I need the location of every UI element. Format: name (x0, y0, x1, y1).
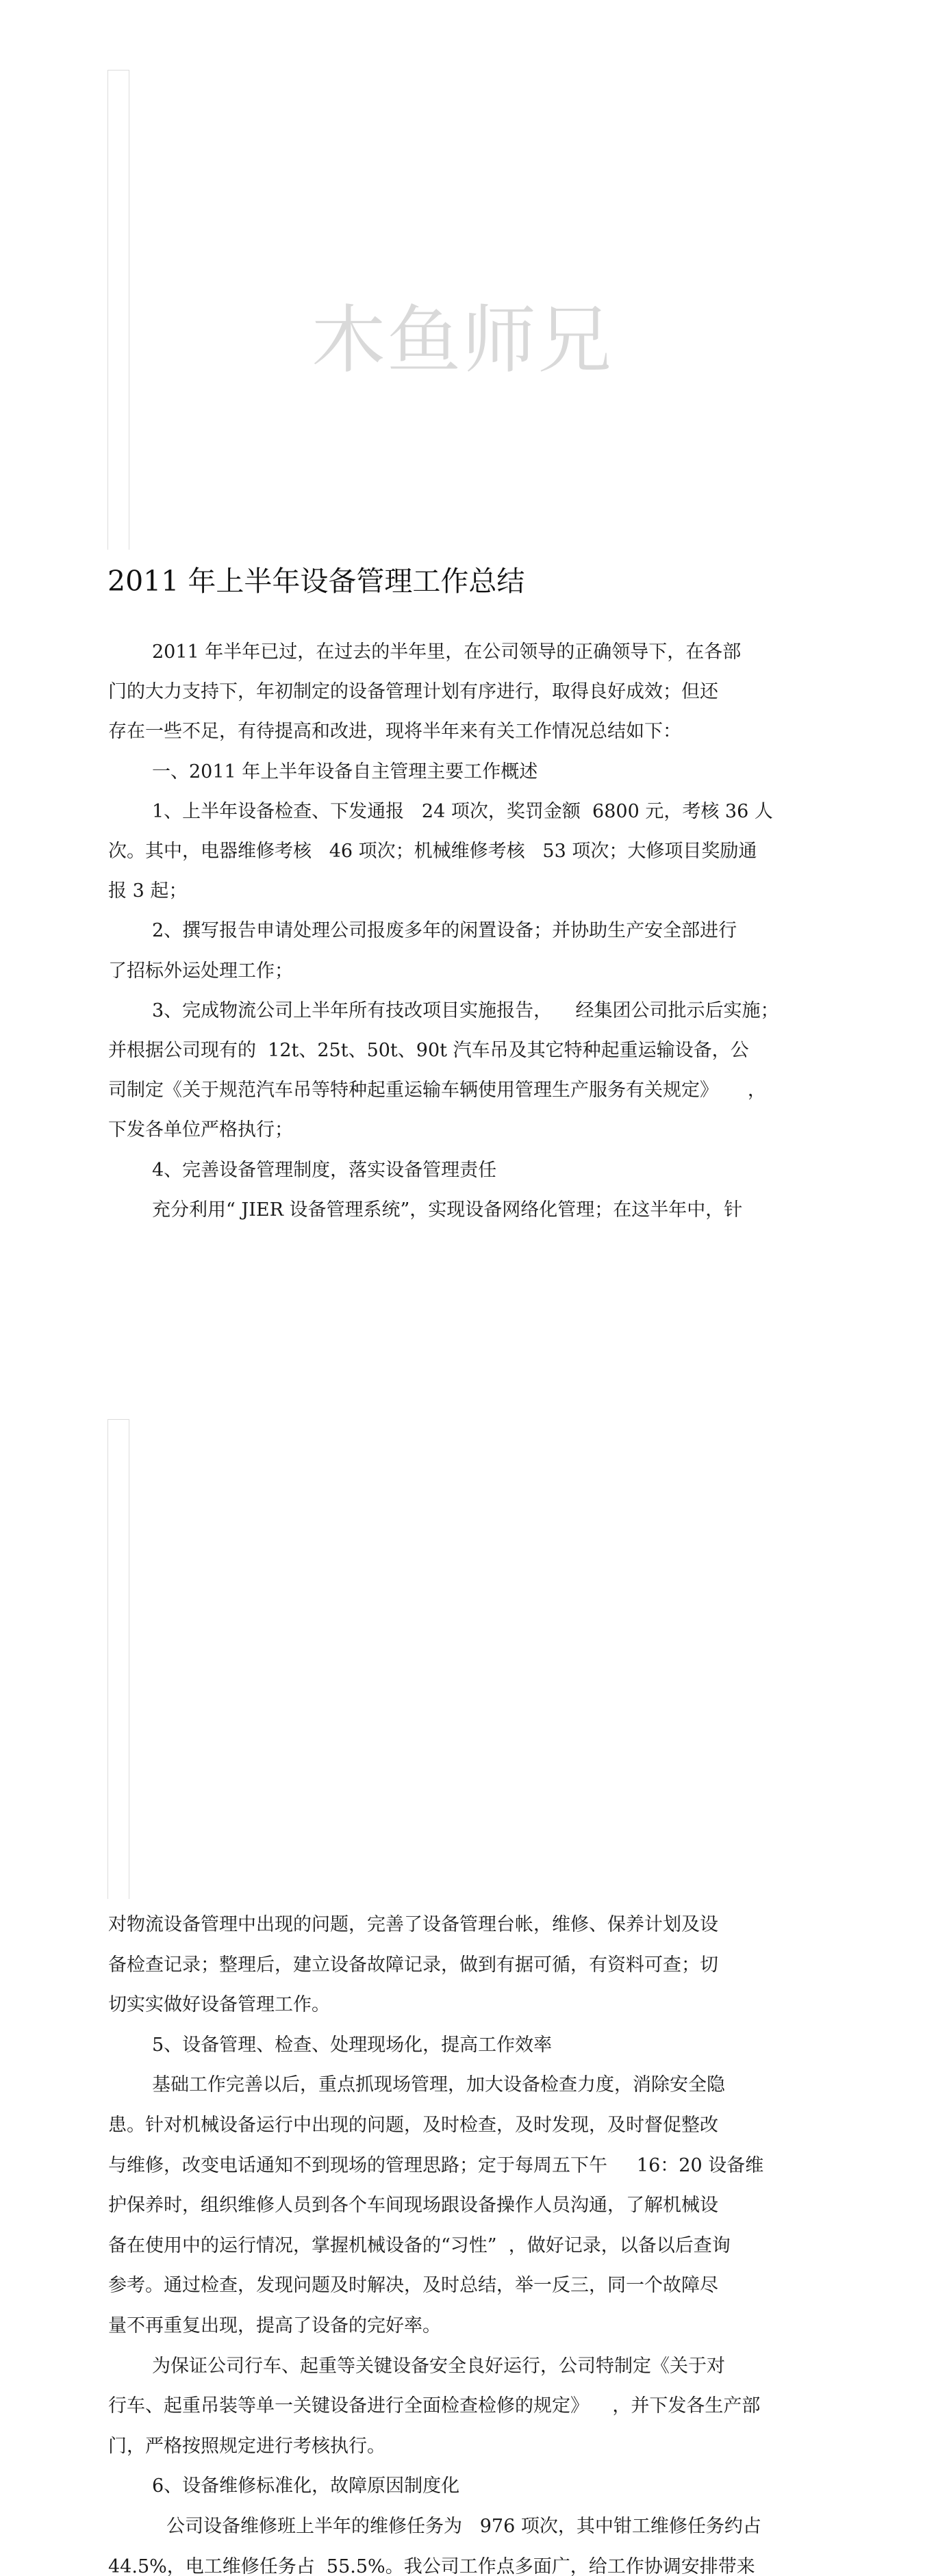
text-line: 5、设备管理、检查、处理现场化，提高工作效率 (152, 2033, 552, 2058)
text-line: 行车、起重吊装等单一关键设备进行全面检查检修的规定》 ，并下发各生产部 (108, 2394, 760, 2419)
text-line: 基础工作完善以后，重点抓现场管理，加大设备检查力度，消除安全隐 (152, 2073, 725, 2097)
text-line: 备在使用中的运行情况，掌握机械设备的“习性” ，做好记录，以备以后查询 (108, 2234, 731, 2258)
document-title: 2011 年上半年设备管理工作总结 (107, 563, 524, 600)
text-line: 对物流设备管理中出现的问题，完善了设备管理台帐，维修、保养计划及设 (108, 1913, 718, 1937)
text-line: 存在一些不足，有待提高和改进，现将半年来有关工作情况总结如下： (108, 719, 681, 744)
text-line: 下发各单位严格执行； (108, 1118, 293, 1143)
page-image-frame (107, 70, 129, 550)
text-line: 护保养时，组织维修人员到各个车间现场跟设备操作人员沟通，了解机械设 (108, 2193, 718, 2218)
text-line: 公司设备维修班上半年的维修任务为 976 项次，其中钳工维修任务约占 (166, 2514, 761, 2539)
text-line: 门的大力支持下，年初制定的设备管理计划有序进行，取得良好成效；但还 (108, 680, 718, 704)
text-line: 参考。通过检查，发现问题及时解决，及时总结，举一反三，同一个故障尽 (108, 2273, 718, 2298)
text-line: 报 3 起； (108, 879, 187, 904)
text-line: 6、设备维修标准化，故障原因制度化 (152, 2474, 459, 2499)
text-line: 了招标外运处理工作； (108, 959, 293, 984)
text-line: 1、上半年设备检查、下发通报 24 项次，奖罚金额 6800 元，考核 36 人 (152, 800, 773, 824)
text-line: 3、完成物流公司上半年所有技改项目实施报告， 经集团公司批示后实施； (152, 999, 779, 1023)
text-line: 44.5%，电工维修任务占 55.5%。我公司工作点多面广，给工作协调安排带来 (108, 2555, 755, 2576)
text-line: 备检查记录；整理后，建立设备故障记录，做到有据可循，有资料可查；切 (108, 1953, 718, 1978)
text-line: 患。针对机械设备运行中出现的问题，及时检查，及时发现，及时督促整改 (108, 2113, 718, 2138)
text-line: 门，严格按照规定进行考核执行。 (108, 2434, 385, 2459)
text-line: 4、完善设备管理制度，落实设备管理责任 (152, 1158, 496, 1183)
text-line: 充分利用“ JIER 设备管理系统”，实现设备网络化管理；在这半年中，针 (152, 1198, 742, 1223)
watermark-text: 木鱼师兄 (312, 293, 633, 389)
text-line: 司制定《关于规范汽车吊等特种起重运输车辆使用管理生产服务有关规定》 ， (108, 1078, 766, 1103)
text-line: 一、2011 年上半年设备自主管理主要工作概述 (152, 760, 537, 785)
text-line: 2011 年半年已过，在过去的半年里，在公司领导的正确领导下，在各部 (152, 640, 741, 665)
text-line: 2、撰写报告申请处理公司报废多年的闲置设备；并协助生产安全部进行 (152, 919, 737, 943)
text-line: 量不再重复出现，提高了设备的完好率。 (108, 2314, 441, 2338)
text-line: 与维修，改变电话通知不到现场的管理思路；定于每周五下午 16：20 设备维 (108, 2154, 763, 2178)
text-line: 并根据公司现有的 12t、25t、50t、90t 汽车吊及其它特种起重运输设备，… (108, 1038, 749, 1063)
text-line: 切实实做好设备管理工作。 (108, 1993, 330, 2017)
text-line: 次。其中，电器维修考核 46 项次；机械维修考核 53 项次；大修项目奖励通 (108, 839, 757, 864)
page-image-frame (107, 1419, 129, 1899)
text-line: 为保证公司行车、起重等关键设备安全良好运行，公司特制定《关于对 (152, 2354, 725, 2379)
